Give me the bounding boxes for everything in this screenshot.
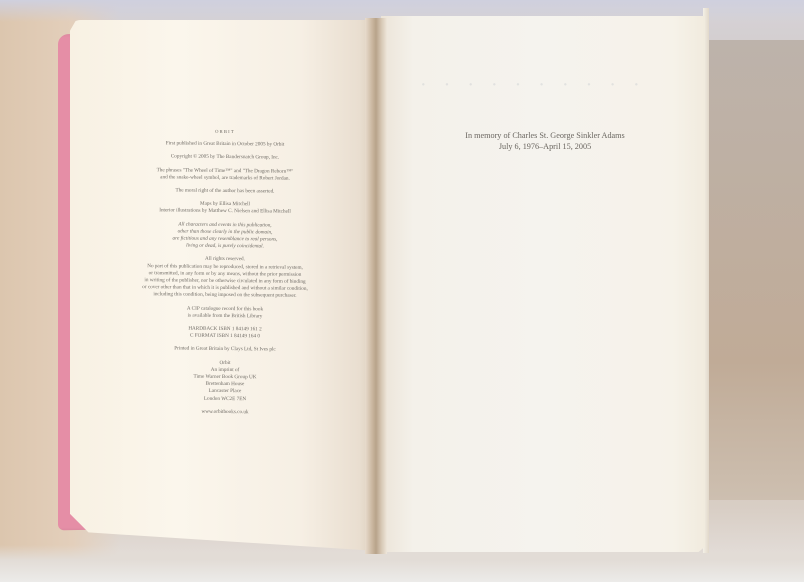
show-through-text: · · · · · · · · · · [420,74,680,98]
first-published: First published in Great Britain in Octo… [90,140,360,150]
dedication-name: In memory of Charles St. George Sinkler … [405,130,685,141]
background-right [705,40,804,500]
rights-reserved: All rights reserved. No part of this pub… [90,255,360,301]
printer: Printed in Great Britain by Clays Ltd, S… [90,345,360,355]
trademarks: The phrases "The Wheel of Time™" and "Th… [90,166,360,183]
dedication: In memory of Charles St. George Sinkler … [405,130,685,152]
disclaimer: All characters and events in this public… [90,220,360,252]
cip-record: A CIP catalogue record for this book is … [90,304,360,321]
credits: Maps by Ellisa Mitchell Interior illustr… [90,200,360,217]
imprint-address: Orbit An imprint of Time Warner Book Gro… [90,358,360,404]
website: www.orbitbooks.co.uk [90,407,360,417]
copyright-line: Copyright © 2005 by The Bandersnatch Gro… [90,153,360,163]
moral-rights: The moral right of the author has been a… [90,187,360,197]
isbn-block: HARDBACK ISBN 1 84149 161 2 C FORMAT ISB… [90,325,360,342]
book-gutter [365,18,387,554]
publisher-mark: ORBIT [90,127,360,137]
copyright-block: ORBIT First published in Great Britain i… [90,127,360,424]
dedication-dates: July 6, 1976–April 15, 2005 [405,141,685,152]
